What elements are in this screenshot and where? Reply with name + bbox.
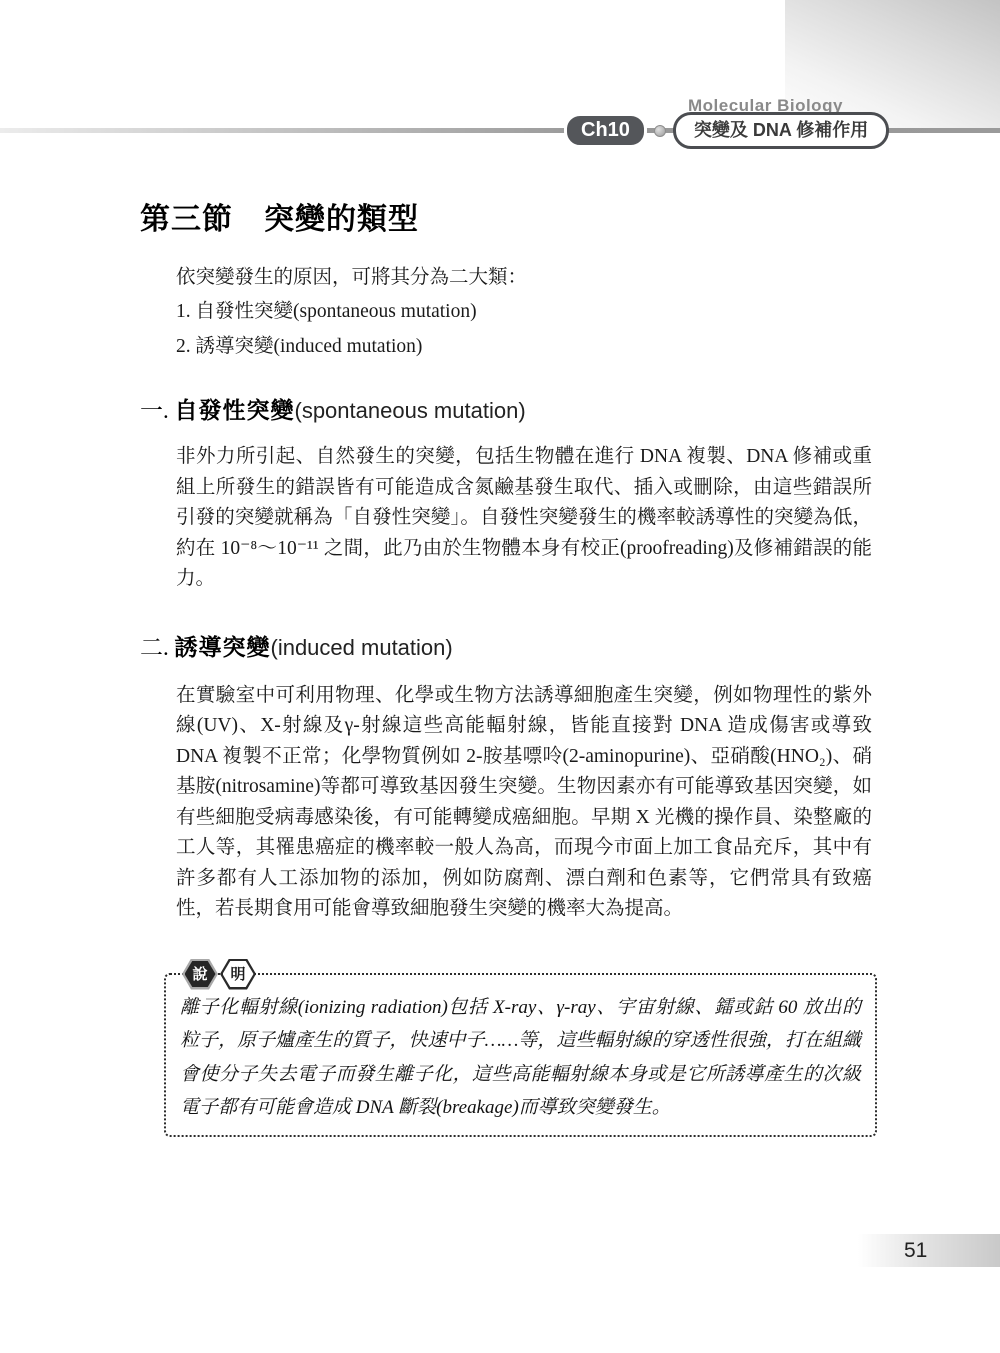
subsection-title-en: (induced mutation) xyxy=(271,635,453,660)
subsection-title-en: (spontaneous mutation) xyxy=(295,398,526,423)
page-number: 51 xyxy=(904,1239,927,1263)
footer-page-bar: 51 xyxy=(858,1234,1000,1267)
chapter-number-badge: Ch10 xyxy=(564,113,647,148)
section-intro: 依突變發生的原因，可將其分為二大類： xyxy=(176,262,872,294)
subsection-number: 二. xyxy=(140,635,175,660)
list-item: 1. 自發性突變(spontaneous mutation) xyxy=(176,294,872,329)
textbook-page: Molecular Biology Ch10 突變及 DNA 修補作用 第三節 … xyxy=(0,0,1000,1353)
subsection-heading-induced: 二. 誘導突變(induced mutation) xyxy=(140,631,872,665)
note-badge-left: 說 xyxy=(185,961,216,987)
subsection-title-zh: 誘導突變 xyxy=(175,635,271,660)
subsection-body: 非外力所引起、自然發生的突變，包括生物體在進行 DNA 複製、DNA 修補或重組… xyxy=(176,442,872,595)
subsection-heading-spontaneous: 一. 自發性突變(spontaneous mutation) xyxy=(140,394,872,428)
subsection-number: 一. xyxy=(140,398,175,423)
note-badge-right: 明 xyxy=(223,961,254,987)
list-item: 2. 誘導突變(induced mutation) xyxy=(176,329,872,364)
chapter-header: Ch10 突變及 DNA 修補作用 xyxy=(564,112,889,149)
note-body: 離子化輻射線(ionizing radiation)包括 X-ray、γ-ray… xyxy=(180,991,861,1125)
subsection-body: 在實驗室中可利用物理、化學或生物方法誘導細胞產生突變，例如物理性的紫外線(UV)… xyxy=(176,681,872,925)
section-title: 第三節 突變的類型 xyxy=(140,200,872,240)
hexagon-badge-icon: 明 xyxy=(220,959,256,990)
note-badges: 說 明 xyxy=(182,959,256,990)
chapter-title-pill: 突變及 DNA 修補作用 xyxy=(673,112,889,149)
subsection-title-zh: 自發性突變 xyxy=(175,398,295,423)
explanation-note-box: 說 明 離子化輻射線(ionizing radiation)包括 X-ray、γ… xyxy=(164,973,877,1137)
bullet-dot-icon xyxy=(654,125,666,137)
page-content: 第三節 突變的類型 依突變發生的原因，可將其分為二大類： 1. 自發性突變(sp… xyxy=(0,200,1000,1137)
hexagon-badge-icon: 說 xyxy=(182,959,218,990)
